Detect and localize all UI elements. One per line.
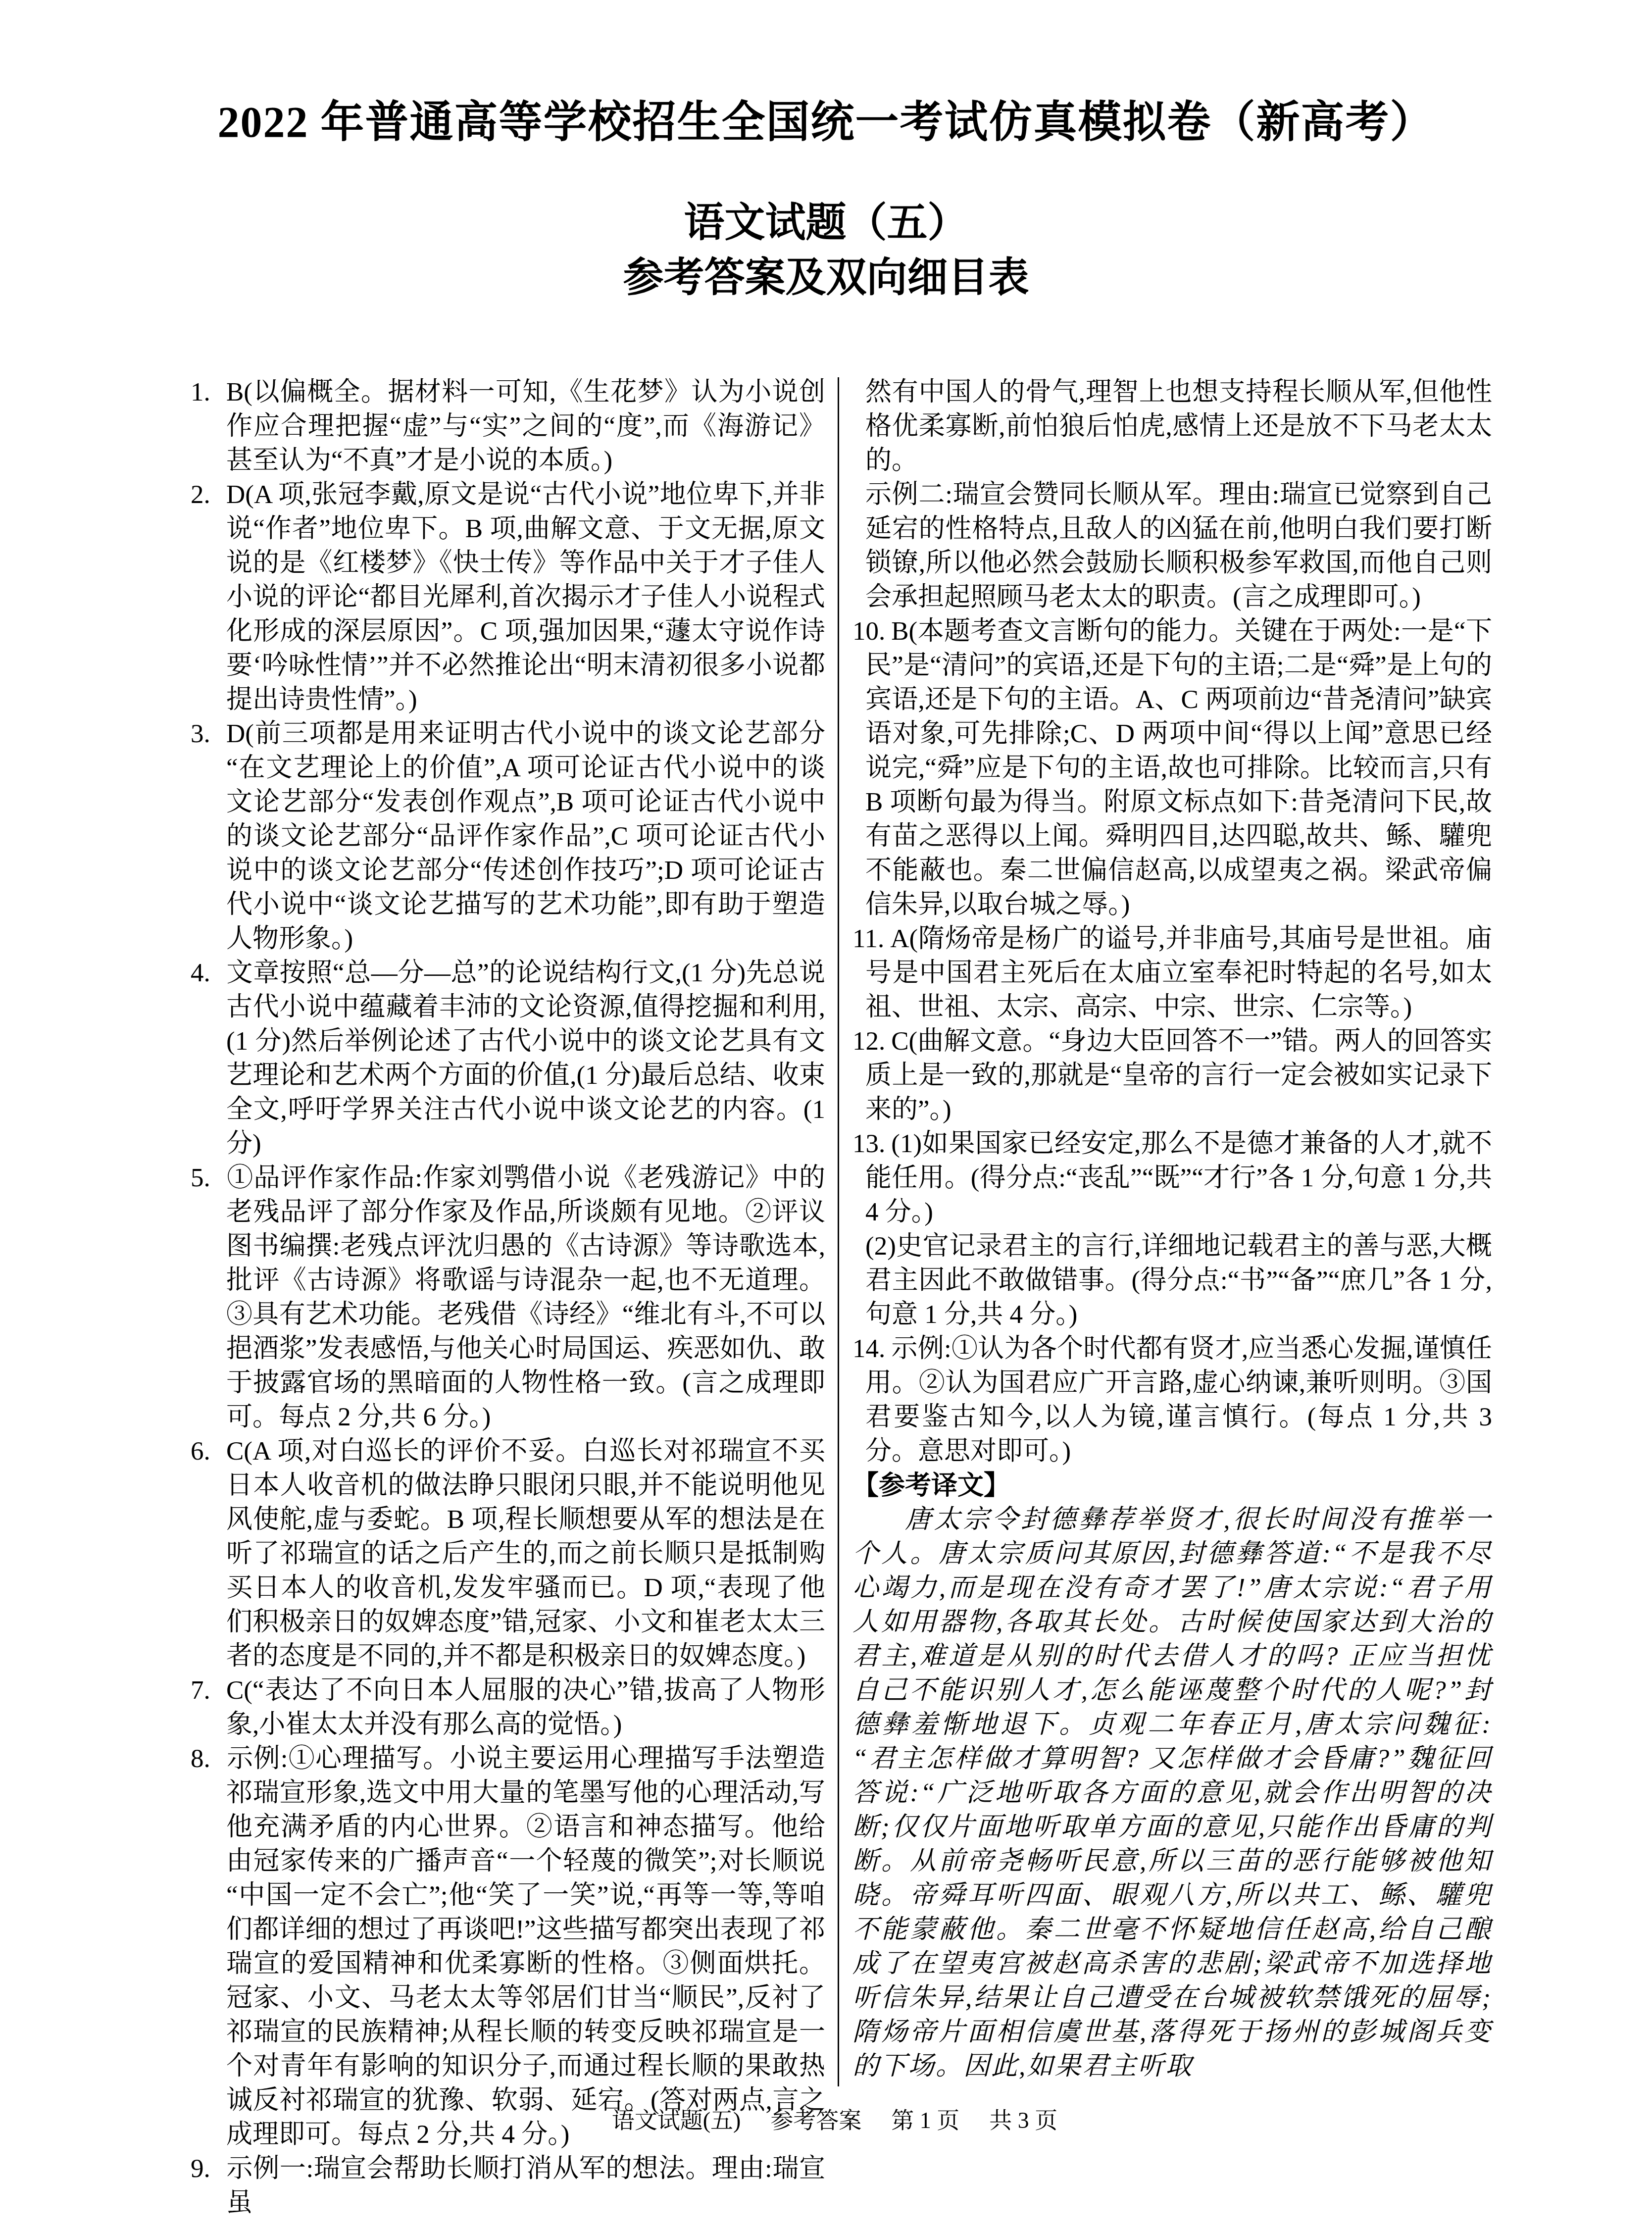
item-text: ①品评作家作品:作家刘鹗借小说《老残游记》中的老残品评了部分作家及作品,所谈颇有…: [226, 1164, 825, 1431]
item-text: B(以偏概全。据材料一可知,《生花梦》认为小说创作应合理把握“虚”与“实”之间的…: [226, 378, 825, 475]
item-number: 9.: [191, 2152, 226, 2186]
item-text: 示例:①心理描写。小说主要运用心理描写手法塑造祁瑞宣形象,选文中用大量的笔墨写他…: [226, 1744, 825, 2149]
item-number: 3.: [191, 717, 226, 751]
answer-item-6: 6.C(A 项,对白巡长的评价不妥。白巡长对祁瑞宣不买日本人收音机的做法睁只眼闭…: [191, 1434, 825, 1673]
item-number: 1.: [191, 375, 226, 409]
right-column: 然有中国人的骨气,理智上也想支持程长顺从军,但他性格优柔寡断,前怕狼后怕虎,感情…: [852, 375, 1492, 2083]
answer-item-11: 11.A(隋炀帝是杨广的谥号,并非庙号,其庙号是世祖。庙号是中国君主死后在太庙立…: [852, 922, 1492, 1024]
item-number: 7.: [191, 1673, 226, 1708]
footer-page-number: 第 1 页: [891, 2108, 959, 2133]
item-number: 14.: [852, 1334, 891, 1363]
item-text: 示例:①认为各个时代都有贤才,应当悉心发掘,谨慎任用。②认为国君应广开言路,虚心…: [865, 1334, 1492, 1466]
item-text: D(前三项都是用来证明古代小说中的谈文论艺部分“在文艺理论上的价值”,A 项可论…: [226, 719, 825, 953]
answer-item-10: 10.B(本题考查文言断句的能力。关键在于两处:一是“下民”是“清问”的宾语,还…: [852, 614, 1492, 922]
item-text: C(曲解文意。“身边大臣回答不一”错。两人的回答实质上是一致的,那就是“皇帝的言…: [865, 1027, 1492, 1124]
item-9-continuation: 然有中国人的骨气,理智上也想支持程长顺从军,但他性格优柔寡断,前怕狼后怕虎,感情…: [865, 375, 1492, 478]
item-number: 4.: [191, 956, 226, 990]
item-text: (1)如果国家已经安定,那么不是德才兼备的人才,就不能任用。(得分点:“丧乱”“…: [865, 1129, 1492, 1226]
answer-item-3: 3.D(前三项都是用来证明古代小说中的谈文论艺部分“在文艺理论上的价值”,A 项…: [191, 717, 825, 956]
subject-title: 语文试题（五）: [0, 201, 1652, 245]
item-text: A(隋炀帝是杨广的谥号,并非庙号,其庙号是世祖。庙号是中国君主死后在太庙立室奉祀…: [865, 924, 1492, 1021]
item-13-part2: (2)史官记录君主的言行,详细地记载君主的善与恶,大概君主因此不敢做错事。(得分…: [865, 1229, 1492, 1332]
item-number: 6.: [191, 1434, 226, 1469]
answer-item-12: 12.C(曲解文意。“身边大臣回答不一”错。两人的回答实质上是一致的,那就是“皇…: [852, 1024, 1492, 1127]
item-text: C(A 项,对白巡长的评价不妥。白巡长对祁瑞宣不买日本人收音机的做法睁只眼闭只眼…: [226, 1437, 825, 1671]
item-number: 10.: [852, 617, 891, 646]
item-number: 2.: [191, 478, 226, 512]
translation-text: 唐太宗令封德彝荐举贤才,很长时间没有推举一个人。唐太宗质问其原因,封德彝答道:“…: [852, 1503, 1492, 2083]
item-number: 12.: [852, 1027, 891, 1056]
translation-heading: 【参考译文】: [852, 1469, 1492, 1503]
answer-item-1: 1.B(以偏概全。据材料一可知,《生花梦》认为小说创作应合理把握“虚”与“实”之…: [191, 375, 825, 478]
answer-item-4: 4.文章按照“总—分—总”的论说结构行文,(1 分)先总说古代小说中蕴藏着丰沛的…: [191, 956, 825, 1161]
column-divider-line: [838, 377, 839, 2086]
footer-section-label: 参考答案: [770, 2108, 861, 2133]
answer-item-14: 14.示例:①认为各个时代都有贤才,应当悉心发掘,谨慎任用。②认为国君应广开言路…: [852, 1332, 1492, 1469]
footer-total-pages: 共 3 页: [989, 2108, 1057, 2133]
exam-title: 2022 年普通高等学校招生全国统一考试仿真模拟卷（新高考）: [0, 99, 1652, 147]
left-column: 1.B(以偏概全。据材料一可知,《生花梦》认为小说创作应合理把握“虚”与“实”之…: [191, 375, 825, 2220]
item-9-example2: 示例二:瑞宣会赞同长顺从军。理由:瑞宣已觉察到自己延宕的性格特点,且敌人的凶猛在…: [865, 478, 1492, 614]
item-text: D(A 项,张冠李戴,原文是说“古代小说”地位卑下,并非说“作者”地位卑下。B …: [226, 480, 825, 714]
item-text: B(本题考查文言断句的能力。关键在于两处:一是“下民”是“清问”的宾语,还是下句…: [865, 617, 1492, 919]
item-text: 文章按照“总—分—总”的论说结构行文,(1 分)先总说古代小说中蕴藏着丰沛的文论…: [226, 959, 825, 1158]
item-number: 8.: [191, 1742, 226, 1776]
answer-item-8: 8.示例:①心理描写。小说主要运用心理描写手法塑造祁瑞宣形象,选文中用大量的笔墨…: [191, 1742, 825, 2152]
item-number: 13.: [852, 1129, 891, 1158]
item-number: 11.: [852, 924, 890, 953]
answer-item-5: 5.①品评作家作品:作家刘鹗借小说《老残游记》中的老残品评了部分作家及作品,所谈…: [191, 1161, 825, 1434]
item-number: 5.: [191, 1161, 226, 1195]
page-footer: 语文试题(五)参考答案第 1 页共 3 页: [176, 2102, 1493, 2135]
answer-item-13: 13.(1)如果国家已经安定,那么不是德才兼备的人才,就不能任用。(得分点:“丧…: [852, 1127, 1492, 1229]
item-text: 示例一:瑞宣会帮助长顺打消从军的想法。理由:瑞宣虽: [226, 2154, 825, 2217]
answer-item-2: 2.D(A 项,张冠李戴,原文是说“古代小说”地位卑下,并非说“作者”地位卑下。…: [191, 478, 825, 717]
item-text: C(“表达了不向日本人屈服的决心”错,拔高了人物形象,小崔太太并没有那么高的觉悟…: [226, 1676, 825, 1739]
footer-doc-label: 语文试题(五): [612, 2108, 741, 2133]
exam-answer-page: 2022 年普通高等学校招生全国统一考试仿真模拟卷（新高考） 语文试题（五） 参…: [0, 0, 1652, 2230]
answer-item-9: 9.示例一:瑞宣会帮助长顺打消从军的想法。理由:瑞宣虽: [191, 2152, 825, 2220]
answer-item-7: 7.C(“表达了不向日本人屈服的决心”错,拔高了人物形象,小崔太太并没有那么高的…: [191, 1673, 825, 1742]
answer-key-title: 参考答案及双向细目表: [0, 255, 1652, 300]
